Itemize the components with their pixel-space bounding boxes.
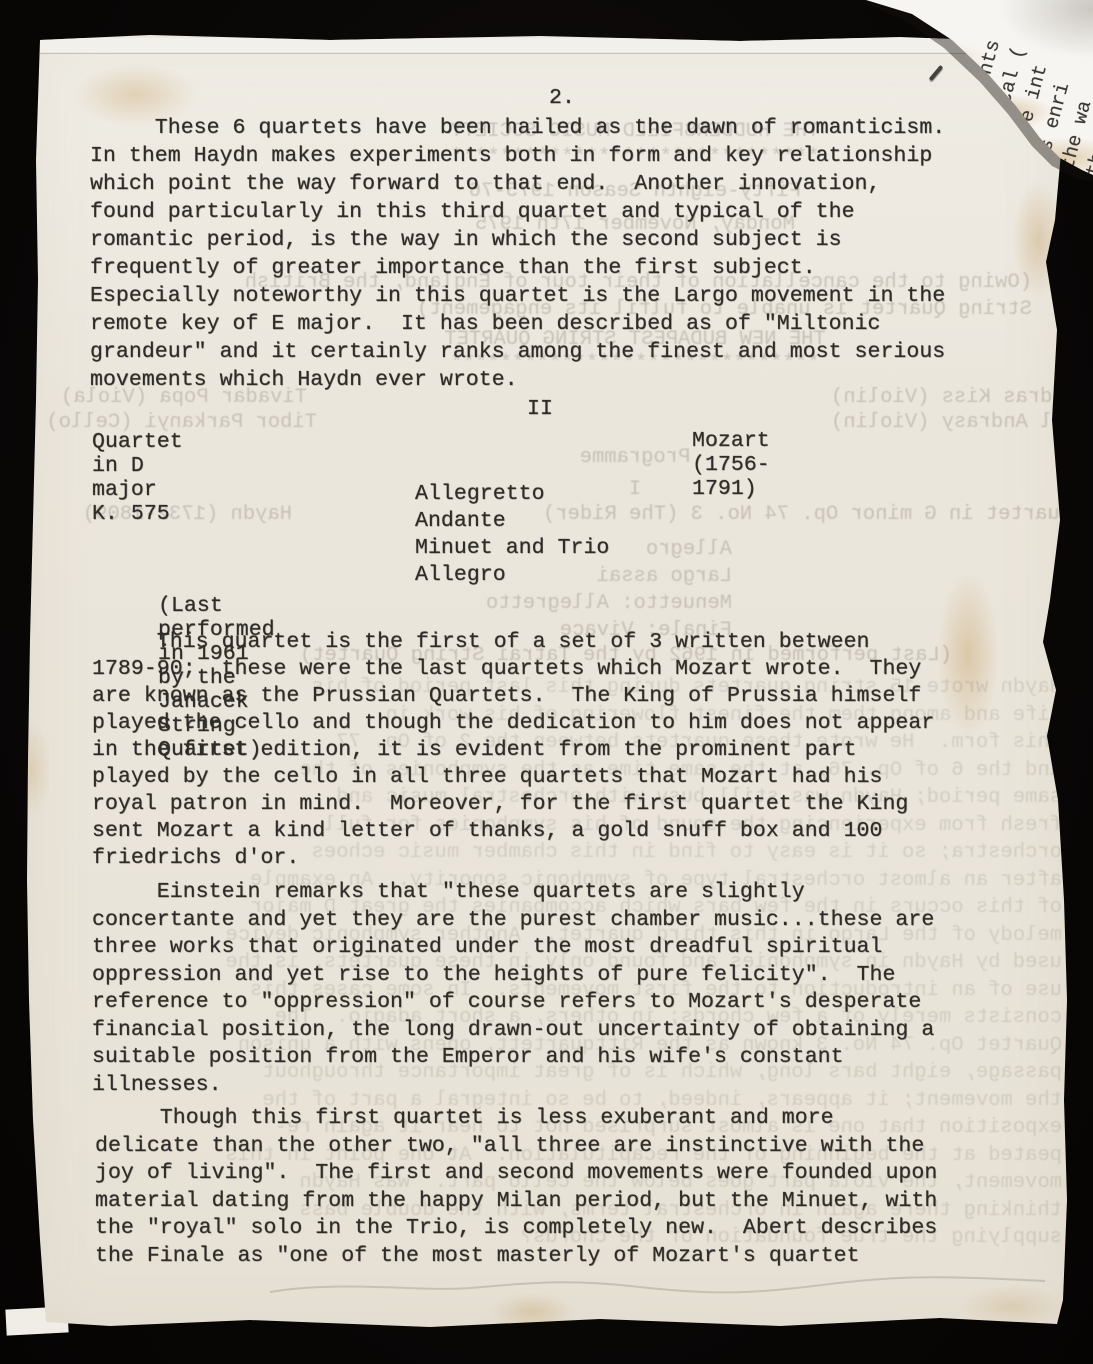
- pencil-mark: [0, 0, 1093, 1364]
- scanned-page: THE HUDDERSFIELD MUSIC SOCIETY *********…: [0, 0, 1093, 1364]
- photo-backdrop: THE HUDDERSFIELD MUSIC SOCIETY *********…: [0, 0, 1093, 1364]
